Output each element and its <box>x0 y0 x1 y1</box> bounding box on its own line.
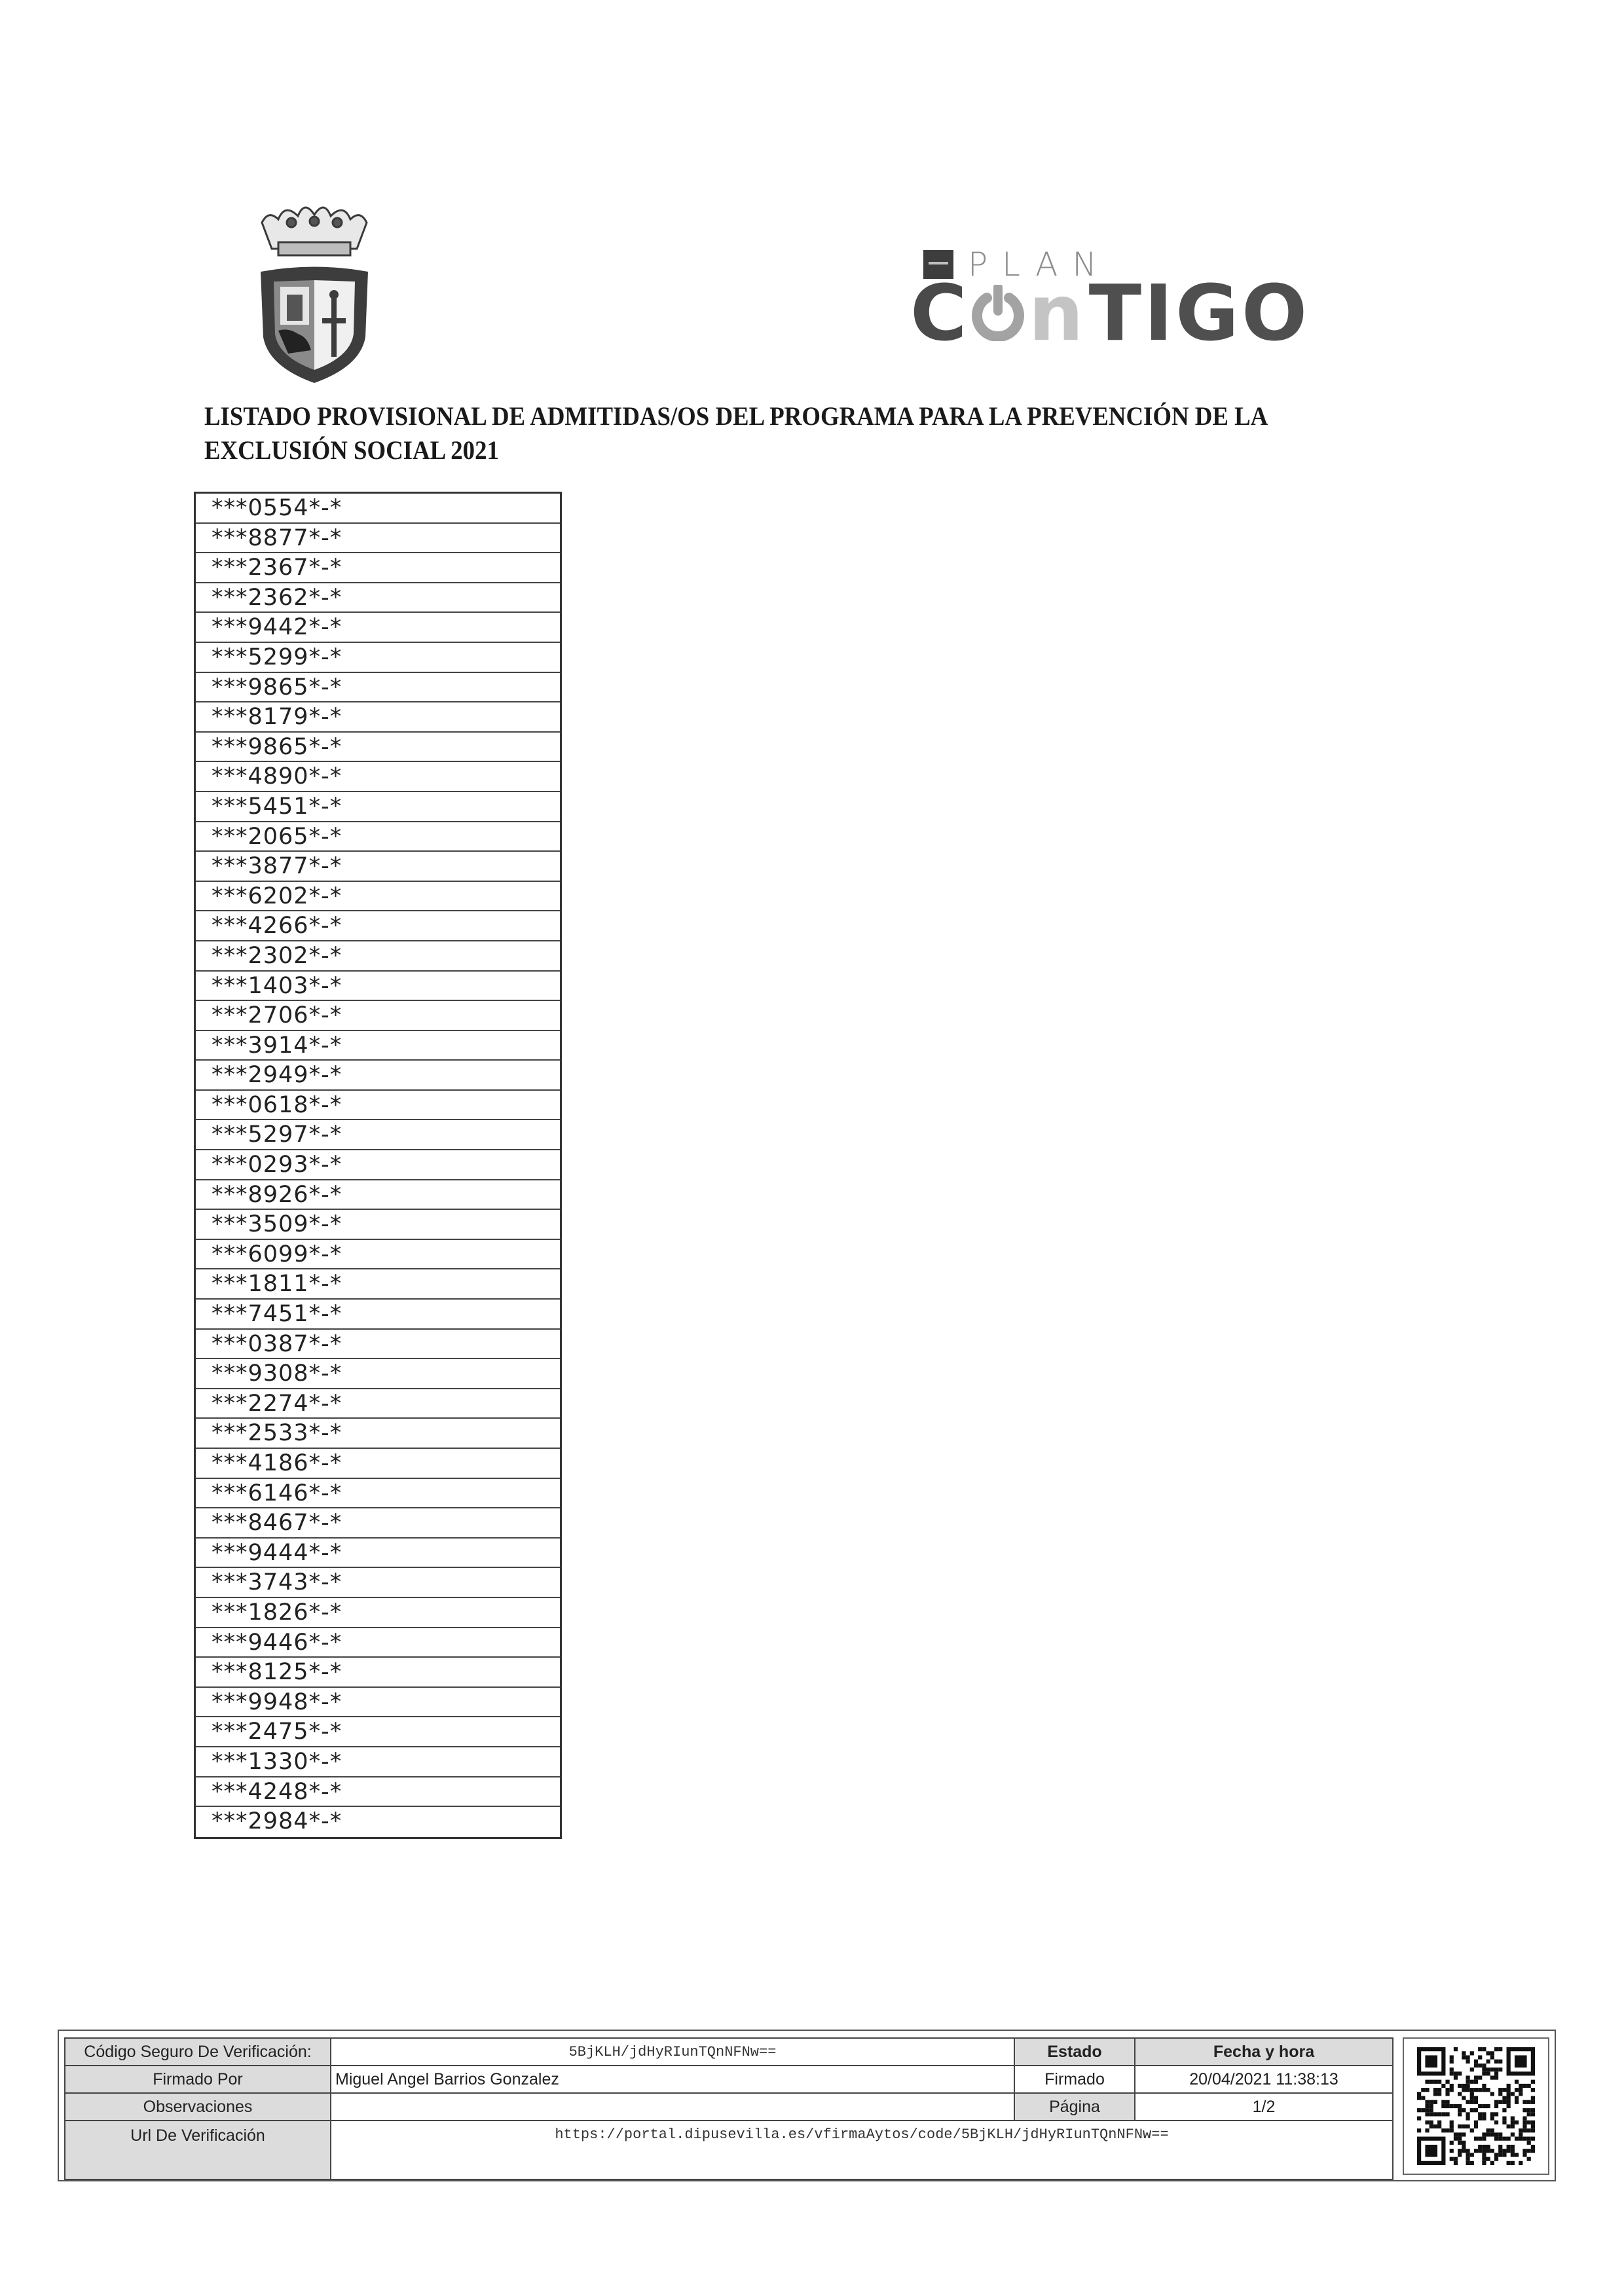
qr-code-icon[interactable] <box>1417 2047 1535 2165</box>
list-row: ***0554*-* <box>196 494 560 524</box>
list-row: ***0293*-* <box>196 1150 560 1180</box>
crest-icon <box>249 196 380 386</box>
list-row: ***9865*-* <box>196 673 560 703</box>
verification-url-link[interactable]: https://portal.dipusevilla.es/vfirmaAyto… <box>331 2121 1393 2179</box>
list-row: ***2274*-* <box>196 1389 560 1419</box>
list-row: ***4890*-* <box>196 762 560 792</box>
document-title: LISTADO PROVISIONAL DE ADMITIDAS/OS DEL … <box>204 399 1337 467</box>
municipal-crest-logo <box>249 196 380 386</box>
signature-verification-box: Código Seguro De Verificación: 5BjKLH/jd… <box>58 2030 1556 2181</box>
pagina-value: 1/2 <box>1135 2093 1393 2121</box>
list-row: ***9865*-* <box>196 733 560 763</box>
admitted-list-table: ***0554*-****8877*-****2367*-****2362*-*… <box>194 492 562 1839</box>
logo-contigo-rest: TIGO <box>1089 274 1310 352</box>
observaciones-label: Observaciones <box>65 2093 331 2121</box>
list-row: ***2367*-* <box>196 553 560 583</box>
list-row: ***2065*-* <box>196 822 560 852</box>
plan-contigo-logo: PLAN C n TIGO <box>910 242 1342 354</box>
list-row: ***8926*-* <box>196 1180 560 1211</box>
csv-label: Código Seguro De Verificación: <box>65 2038 331 2066</box>
logo-contigo-c: C <box>910 274 967 352</box>
list-row: ***5451*-* <box>196 792 560 822</box>
list-row: ***9948*-* <box>196 1688 560 1718</box>
list-row: ***7451*-* <box>196 1300 560 1330</box>
firmado-por-value: Miguel Angel Barrios Gonzalez <box>331 2066 1014 2093</box>
list-row: ***8125*-* <box>196 1658 560 1688</box>
list-row: ***4186*-* <box>196 1449 560 1479</box>
list-row: ***2475*-* <box>196 1717 560 1747</box>
list-row: ***1826*-* <box>196 1598 560 1628</box>
list-row: ***2706*-* <box>196 1001 560 1031</box>
list-row: ***2949*-* <box>196 1061 560 1091</box>
list-row: ***9308*-* <box>196 1359 560 1389</box>
list-row: ***3914*-* <box>196 1031 560 1061</box>
list-row: ***3877*-* <box>196 852 560 882</box>
list-row: ***8179*-* <box>196 702 560 733</box>
list-row: ***9446*-* <box>196 1628 560 1658</box>
signature-table: Código Seguro De Verificación: 5BjKLH/jd… <box>64 2037 1393 2180</box>
list-row: ***6202*-* <box>196 882 560 912</box>
list-row: ***1330*-* <box>196 1747 560 1777</box>
list-row: ***0618*-* <box>196 1091 560 1121</box>
fecha-label: Fecha y hora <box>1135 2038 1393 2066</box>
power-icon <box>970 285 1026 341</box>
estado-label: Estado <box>1014 2038 1135 2066</box>
estado-value: Firmado <box>1014 2066 1135 2093</box>
qr-code-box <box>1403 2037 1549 2175</box>
list-row: ***0387*-* <box>196 1330 560 1360</box>
list-row: ***5299*-* <box>196 643 560 673</box>
list-row: ***2984*-* <box>196 1807 560 1837</box>
list-row: ***4248*-* <box>196 1777 560 1808</box>
fecha-value: 20/04/2021 11:38:13 <box>1135 2066 1393 2093</box>
list-row: ***3509*-* <box>196 1210 560 1240</box>
list-row: ***1403*-* <box>196 972 560 1002</box>
logo-contigo-n: n <box>1029 274 1084 352</box>
firmado-por-label: Firmado Por <box>65 2066 331 2093</box>
list-row: ***2533*-* <box>196 1419 560 1449</box>
list-row: ***9442*-* <box>196 613 560 643</box>
list-row: ***8877*-* <box>196 524 560 554</box>
list-row: ***8467*-* <box>196 1508 560 1539</box>
observaciones-value <box>331 2093 1014 2121</box>
list-row: ***2362*-* <box>196 583 560 613</box>
list-row: ***6146*-* <box>196 1479 560 1509</box>
list-row: ***5297*-* <box>196 1120 560 1150</box>
csv-value: 5BjKLH/jdHyRIunTQnNFNw== <box>331 2038 1014 2066</box>
list-row: ***1811*-* <box>196 1269 560 1300</box>
list-row: ***4266*-* <box>196 911 560 941</box>
list-row: ***3743*-* <box>196 1568 560 1598</box>
list-row: ***6099*-* <box>196 1240 560 1270</box>
list-row: ***2302*-* <box>196 941 560 972</box>
pagina-label: Página <box>1014 2093 1135 2121</box>
url-label: Url De Verificación <box>65 2121 331 2179</box>
list-row: ***9444*-* <box>196 1539 560 1569</box>
